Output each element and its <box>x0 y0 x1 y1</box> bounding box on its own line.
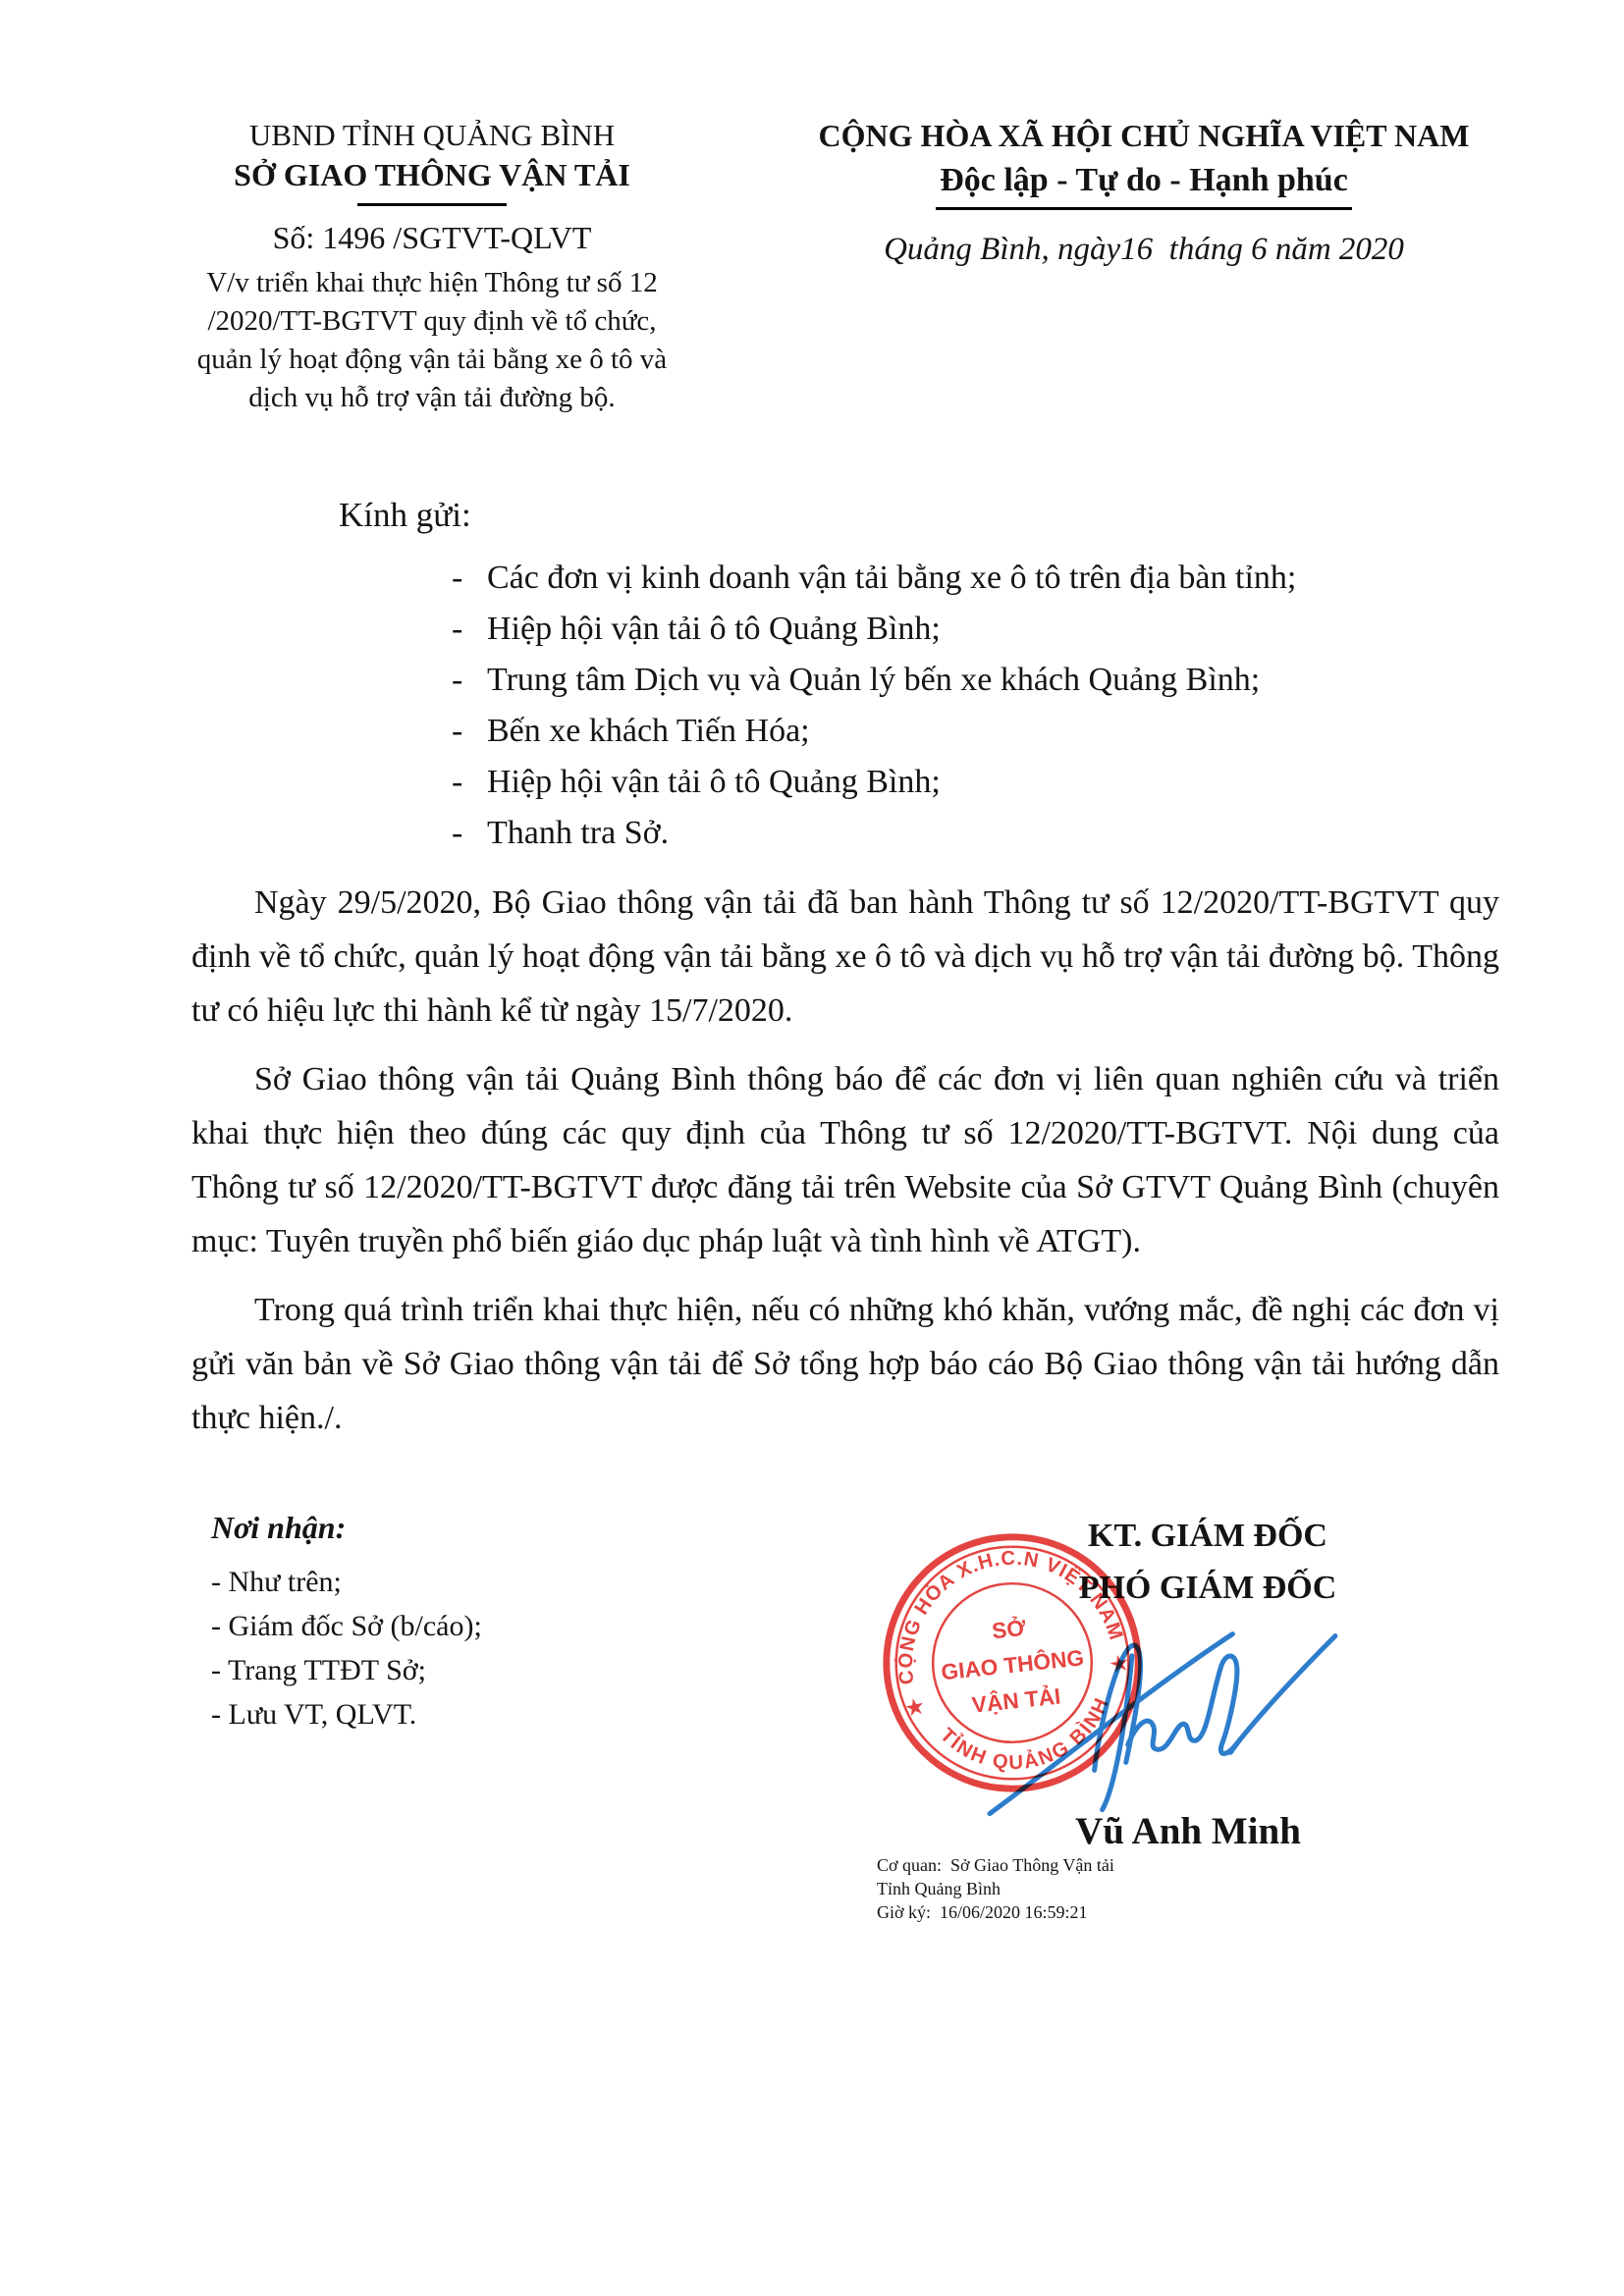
distribution-item: - Lưu VT, QLVT. <box>211 1692 482 1736</box>
document-subject-line: V/v triển khai thực hiện Thông tư số 12 <box>147 264 717 302</box>
recipient-text: Hiệp hội vận tải ô tô Quảng Bình; <box>487 764 941 800</box>
esign-info-line: Tỉnh Quảng Bình <box>877 1877 1114 1900</box>
recipient-text: Hiệp hội vận tải ô tô Quảng Bình; <box>487 611 941 647</box>
recipient-item: -Trung tâm Dịch vụ và Quản lý bến xe khá… <box>452 655 1296 706</box>
org-name-underline <box>357 203 507 206</box>
recipient-text: Bến xe khách Tiến Hóa; <box>487 713 810 749</box>
parent-org-name: UBND TỈNH QUẢNG BÌNH <box>147 118 717 153</box>
distribution-list: - Như trên; - Giám đốc Sở (b/cáo); - Tra… <box>211 1560 482 1736</box>
header-right-block: CỘNG HÒA XÃ HỘI CHỦ NGHĨA VIỆT NAM Độc l… <box>781 118 1507 268</box>
signature-graphic <box>984 1576 1349 1824</box>
document-subject: V/v triển khai thực hiện Thông tư số 12 … <box>147 264 717 417</box>
body-paragraph: Sở Giao thông vận tải Quảng Bình thông b… <box>191 1052 1499 1268</box>
body-paragraphs: Ngày 29/5/2020, Bộ Giao thông vận tải đã… <box>191 876 1499 1460</box>
distribution-item: - Giám đốc Sở (b/cáo); <box>211 1604 482 1648</box>
motto-underline <box>936 207 1352 210</box>
document-subject-line: /2020/TT-BGTVT quy định về tổ chức, <box>147 302 717 341</box>
document-subject-line: dịch vụ hỗ trợ vận tải đường bộ. <box>147 379 717 417</box>
header-left-block: UBND TỈNH QUẢNG BÌNH SỞ GIAO THÔNG VẬN T… <box>147 118 717 417</box>
list-dash: - <box>452 757 487 808</box>
recipient-text: Trung tâm Dịch vụ và Quản lý bến xe khác… <box>487 662 1260 698</box>
signer-name: Vũ Anh Minh <box>992 1809 1384 1853</box>
distribution-block: Nơi nhận: - Như trên; - Giám đốc Sở (b/c… <box>211 1510 482 1736</box>
distribution-label: Nơi nhận: <box>211 1510 482 1546</box>
esign-info: Cơ quan: Sở Giao Thông Vận tải Tỉnh Quản… <box>877 1853 1114 1924</box>
recipient-item: -Hiệp hội vận tải ô tô Quảng Bình; <box>452 604 1296 655</box>
national-motto: Độc lập - Tự do - Hạnh phúc <box>781 162 1507 199</box>
esign-info-line: Giờ ký: 16/06/2020 16:59:21 <box>877 1900 1114 1924</box>
recipient-item: -Bến xe khách Tiến Hóa; <box>452 706 1296 757</box>
signature-strokes <box>990 1634 1335 1814</box>
recipient-text: Các đơn vị kinh doanh vận tải bằng xe ô … <box>487 560 1296 596</box>
issuing-org-name: SỞ GIAO THÔNG VẬN TẢI <box>147 157 717 193</box>
list-dash: - <box>452 553 487 604</box>
document-number: Số: 1496 /SGTVT-QLVT <box>147 220 717 256</box>
recipient-item: -Các đơn vị kinh doanh vận tải bằng xe ô… <box>452 553 1296 604</box>
esign-info-line: Cơ quan: Sở Giao Thông Vận tải <box>877 1853 1114 1877</box>
stamp-star-left: ★ <box>902 1693 928 1723</box>
recipients-list: -Các đơn vị kinh doanh vận tải bằng xe ô… <box>452 553 1296 859</box>
recipient-item: -Thanh tra Sở. <box>452 808 1296 859</box>
list-dash: - <box>452 655 487 706</box>
document-subject-line: quản lý hoạt động vận tải bằng xe ô tô v… <box>147 341 717 379</box>
body-paragraph: Ngày 29/5/2020, Bộ Giao thông vận tải đã… <box>191 876 1499 1038</box>
list-dash: - <box>452 604 487 655</box>
recipient-text: Thanh tra Sở. <box>487 815 669 851</box>
place-and-date: Quảng Bình, ngày16 tháng 6 năm 2020 <box>781 232 1507 268</box>
signature-stroke <box>1103 1656 1132 1810</box>
distribution-item: - Trang TTĐT Sở; <box>211 1648 482 1692</box>
list-dash: - <box>452 808 487 859</box>
salutation-label: Kính gửi: <box>339 496 471 535</box>
national-title: CỘNG HÒA XÃ HỘI CHỦ NGHĨA VIỆT NAM <box>781 118 1507 154</box>
body-paragraph: Trong quá trình triển khai thực hiện, nế… <box>191 1283 1499 1445</box>
distribution-item: - Như trên; <box>211 1560 482 1604</box>
list-dash: - <box>452 706 487 757</box>
official-letter-page: UBND TỈNH QUẢNG BÌNH SỞ GIAO THÔNG VẬN T… <box>0 0 1624 2296</box>
recipient-item: -Hiệp hội vận tải ô tô Quảng Bình; <box>452 757 1296 808</box>
signature-stroke <box>1230 1636 1335 1753</box>
